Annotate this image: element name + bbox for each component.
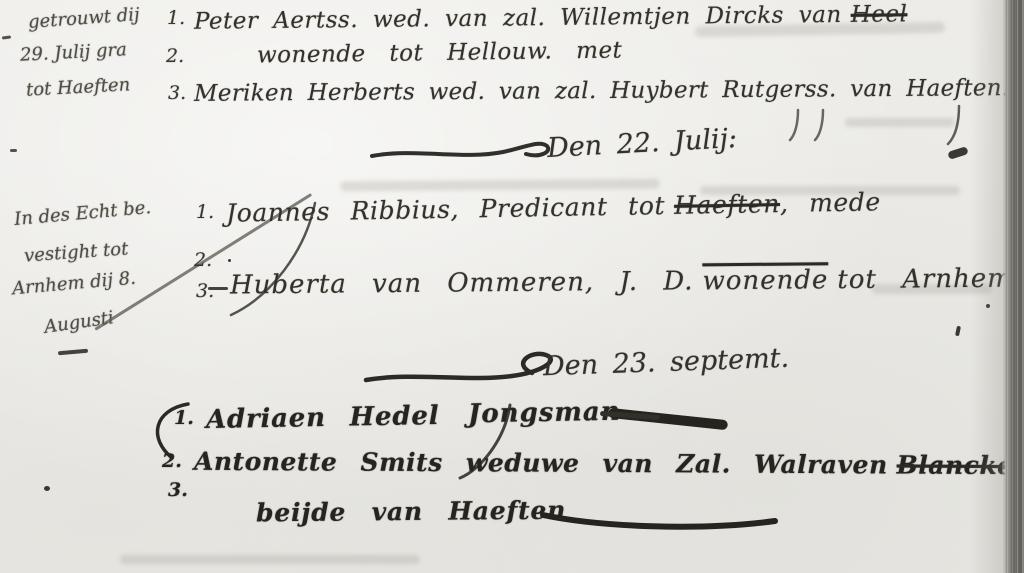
closing-flourish-line [540,505,780,537]
margin-note: 29. Julij gra [20,39,128,66]
page-binding-edge [1002,0,1024,573]
descender-hook-mark [812,108,826,142]
ink-dash-mark [947,146,968,160]
heading-flourish-swash [362,352,567,392]
entry-number: 3. [168,82,186,104]
edge-tick-mark [2,35,11,39]
entry-line-text: Antonette Smits weduwe van Zal. Walraven [194,447,888,480]
heading-flourish-swash [368,136,558,166]
descender-hook-mark [788,108,802,142]
ink-dash-mark [208,287,228,290]
margin-note: getrouwt dij [27,4,140,33]
margin-note: In des Echt be. [13,197,152,230]
edge-tick-mark [10,149,17,152]
apostrophe-mark [955,326,961,337]
overlined-word-wonende: wonende [702,265,828,296]
scratched-out-word [608,408,728,430]
ink-speck [228,259,231,262]
entry-number: 1. [167,7,185,29]
descender-hook-mark [946,104,962,146]
entry-line-bride: Meriken Herberts wed. van zal. Huybert R… [194,75,1010,107]
entry-line-text: Huberta van Ommeren, J. D. [230,266,694,300]
entry-number: 3. [196,280,214,302]
entry-line-bride: Huberta van Ommeren, J. D.wonendetot Arn… [230,264,1022,301]
entry-number: 2. [166,45,184,67]
bleedthrough-mark [340,179,660,192]
ink-speck [44,486,50,491]
manuscript-scan-page: getrouwt dij 29. Julij gra tot Haeften 1… [0,0,1024,573]
bleedthrough-mark [120,555,420,564]
bleedthrough-mark [845,118,955,127]
entry-line-bride: Antonette Smits weduwe van Zal. Walraven… [194,447,1024,480]
entry-number: 2. [162,450,182,472]
struck-word-heel: Heel [851,1,908,28]
entry-number: 1. [196,201,214,223]
entry-line-status: Jongsman [468,397,621,430]
entry-line-groom: Joannes Ribbius, Predicant totHaeften, m… [226,187,881,227]
entry-number: 1. [174,407,194,429]
margin-note: tot Haeften [26,74,131,100]
date-heading: Den 22. Julij: [546,123,737,164]
date-heading: Den 23. septemt. [543,343,790,383]
entry-line-residence: wonende tot Hellouw. met [257,37,623,68]
entry-line-text: , mede [780,187,881,218]
entry-line-origin: beijde van Haeften [256,496,566,528]
entry-number: 2. [194,249,212,271]
entry-line-groom: Adriaen Hedel [206,401,440,435]
margin-note: vestight tot [23,238,129,266]
page-curvature-shadow [970,0,1004,573]
margin-note: Arnhem dij 8. [11,268,136,300]
struck-word-haeften: Haeften [674,189,780,220]
entry-number: 3. [168,479,188,501]
margin-dash-mark [58,349,88,356]
